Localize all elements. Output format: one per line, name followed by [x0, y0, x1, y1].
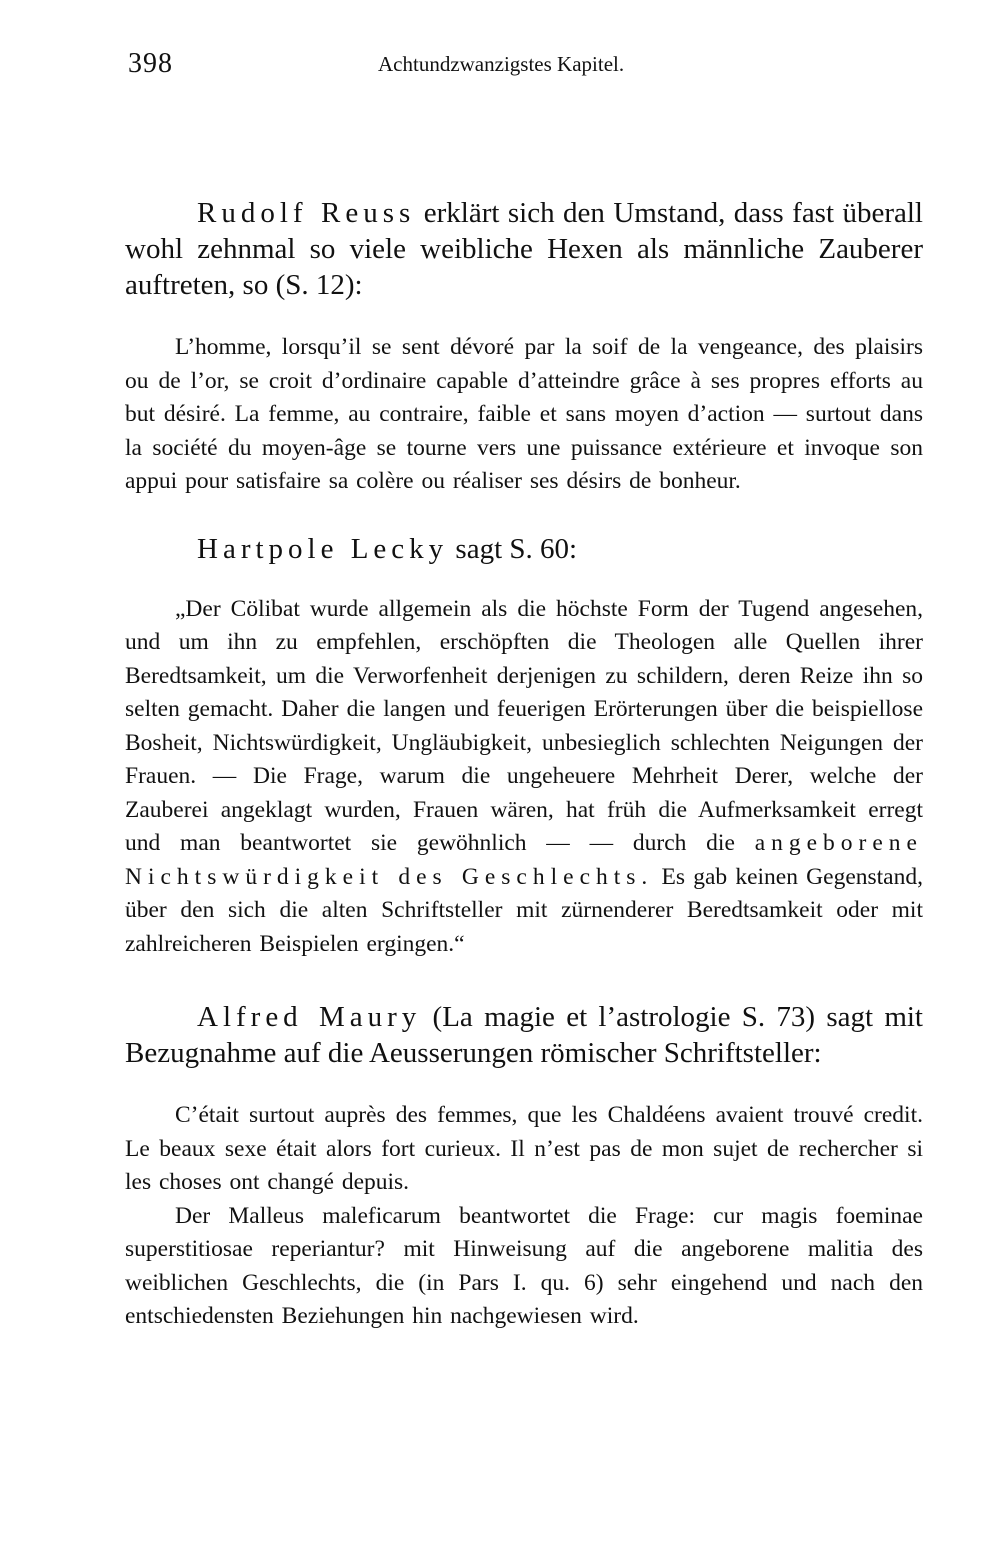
author-name: Alfred Maury [197, 1001, 421, 1033]
author-name: Hartpole Lecky [197, 533, 448, 565]
maury-quote: C’était surtout auprès des femmes, que l… [125, 1099, 923, 1200]
maury-intro-paragraph: Alfred Maury (La magie et l’astrologie S… [125, 999, 923, 1071]
lecky-intro-paragraph: Hartpole Lecky sagt S. 60: [125, 531, 923, 567]
reuss-quote: L’homme, lorsqu’il se sent dévoré par la… [125, 331, 923, 499]
page-number: 398 [128, 48, 173, 80]
reuss-intro-paragraph: Rudolf Reuss erklärt sich den Umstand, d… [125, 195, 923, 303]
quote-text: „Der Cölibat wurde allgemein als die höc… [125, 596, 923, 857]
lecky-quote: „Der Cölibat wurde allgemein als die höc… [125, 593, 923, 962]
malleus-paragraph: Der Malleus maleficarum beantwortet die … [125, 1200, 923, 1334]
author-name: Rudolf Reuss [197, 197, 415, 229]
running-head: Achtundzwanzigstes Kapitel. [378, 52, 624, 77]
page-body: Rudolf Reuss erklärt sich den Umstand, d… [125, 195, 923, 1334]
paragraph-text: sagt S. 60: [448, 533, 577, 565]
page-header: 398 Achtundzwanzigstes Kapitel. [128, 48, 928, 82]
